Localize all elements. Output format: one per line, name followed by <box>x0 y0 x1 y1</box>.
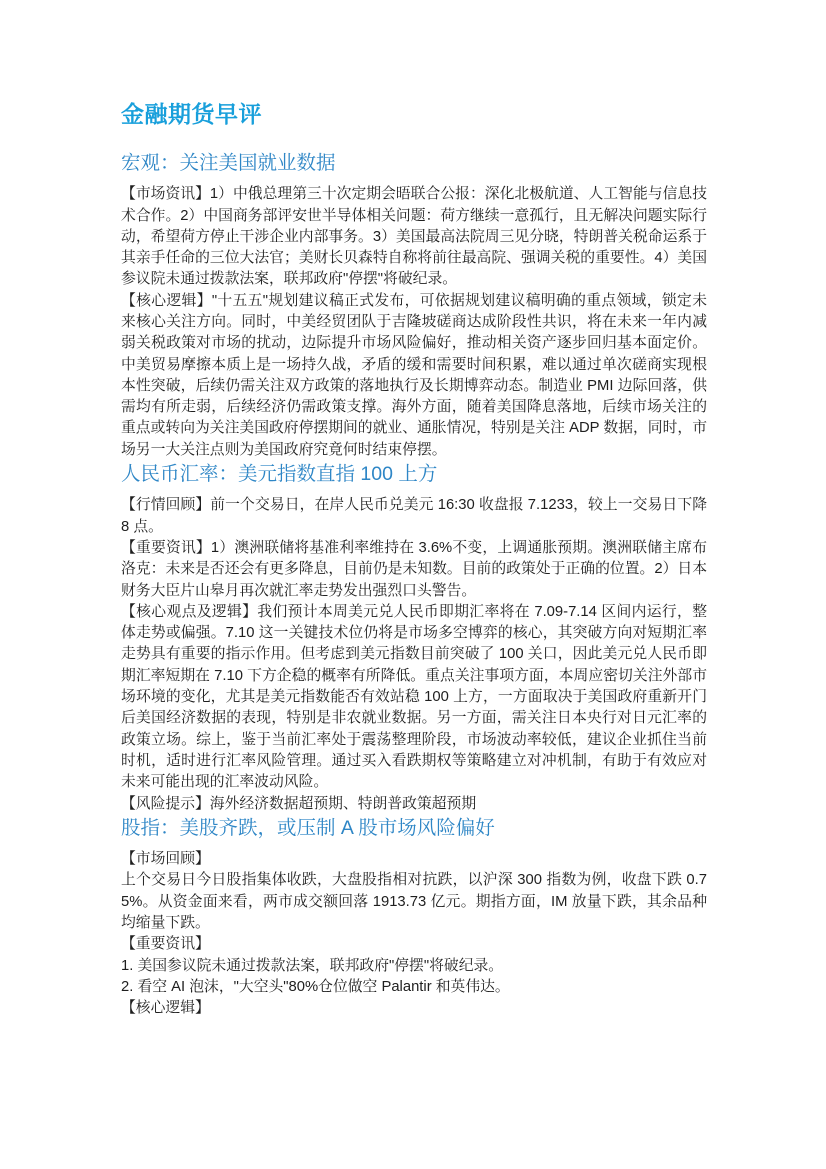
section-macro: 宏观：关注美国就业数据 【市场资讯】1）中俄总理第三十次定期会晤联合公报：深化北… <box>121 150 707 461</box>
paragraph-market-review: 【行情回顾】前一个交易日，在岸人民币兑美元 16:30 收盘报 7.1233，较… <box>121 495 707 538</box>
paragraph-news-item-1: 1. 美国参议院未通过拨款法案，联邦政府"停摆"将破纪录。 <box>121 956 707 977</box>
paragraph-core-logic: 【核心逻辑】"十五五"规划建议稿正式发布，可依据规划建议稿明确的重点领域，锁定未… <box>121 291 707 461</box>
section-heading-macro: 宏观：关注美国就业数据 <box>121 150 707 176</box>
paragraph-core-view-logic: 【核心观点及逻辑】我们预计本周美元兑人民币即期汇率将在 7.09-7.14 区间… <box>121 602 707 794</box>
section-rmb-fx: 人民币汇率：美元指数直指 100 上方 【行情回顾】前一个交易日，在岸人民币兑美… <box>121 461 707 815</box>
page-title: 金融期货早评 <box>121 100 707 130</box>
paragraph-key-news-label: 【重要资讯】 <box>121 934 707 955</box>
paragraph-key-news: 【重要资讯】1）澳洲联储将基准利率维持在 3.6%不变，上调通胀预期。澳洲联储主… <box>121 538 707 602</box>
paragraph-core-logic-label: 【核心逻辑】 <box>121 998 707 1019</box>
section-heading-rmb-fx: 人民币汇率：美元指数直指 100 上方 <box>121 461 707 487</box>
paragraph-risk-warning: 【风险提示】海外经济数据超预期、特朗普政策超预期 <box>121 794 707 815</box>
section-heading-equity-index: 股指：美股齐跌，或压制 A 股市场风险偏好 <box>121 815 707 841</box>
paragraph-news-item-2: 2. 看空 AI 泡沫，"大空头"80%仓位做空 Palantir 和英伟达。 <box>121 977 707 998</box>
paragraph-market-review-label: 【市场回顾】 <box>121 849 707 870</box>
document-page: 金融期货早评 宏观：关注美国就业数据 【市场资讯】1）中俄总理第三十次定期会晤联… <box>0 0 826 1169</box>
paragraph-market-review-body: 上个交易日今日股指集体收跌，大盘股指相对抗跌，以沪深 300 指数为例，收盘下跌… <box>121 870 707 934</box>
paragraph-market-info: 【市场资讯】1）中俄总理第三十次定期会晤联合公报：深化北极航道、人工智能与信息技… <box>121 184 707 290</box>
section-equity-index: 股指：美股齐跌，或压制 A 股市场风险偏好 【市场回顾】 上个交易日今日股指集体… <box>121 815 707 1020</box>
